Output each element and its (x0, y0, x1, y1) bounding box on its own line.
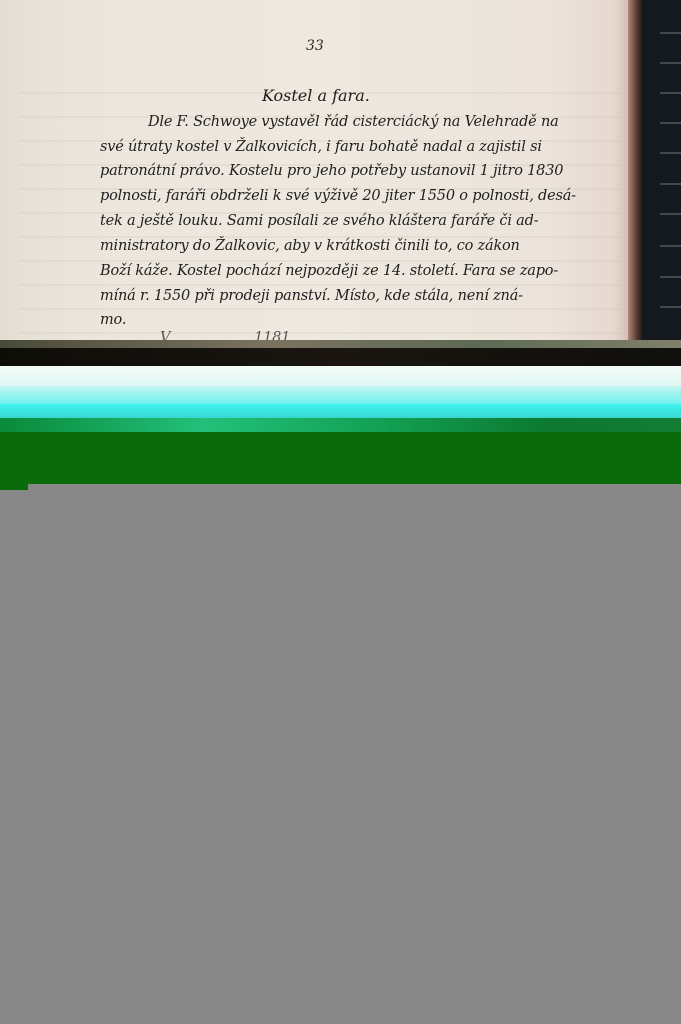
background-edge (642, 0, 681, 340)
book-binding (628, 0, 642, 345)
corruption-band (0, 366, 681, 386)
corruption-band (0, 432, 681, 484)
page-number: 33 (306, 38, 324, 54)
unloaded-image-area (0, 484, 681, 1024)
text-line: Dle F. Schwoye vystavěl řád cisterciácký… (148, 114, 559, 130)
text-line: své útraty kostel v Žalkovicích, i faru … (100, 139, 542, 155)
corruption-band (0, 348, 681, 366)
text-line: patronátní právo. Kostelu pro jeho potře… (100, 163, 563, 179)
text-line: ministratory do Žalkovic, aby v krátkost… (100, 238, 520, 254)
corruption-band (0, 404, 681, 418)
text-line: míná r. 1550 při prodeji panství. Místo,… (100, 288, 523, 304)
corruption-band (0, 484, 28, 490)
text-line: polnosti, faráři obdrželi k své výživě 2… (100, 188, 576, 204)
corruption-band (0, 340, 681, 348)
scanned-page: 33 Kostel a fara. Dle F. Schwoye vystavě… (0, 0, 640, 345)
section-heading: Kostel a fara. (262, 86, 370, 105)
text-line: mo. (100, 312, 126, 328)
corruption-band (0, 418, 681, 432)
text-line: Boží káže. Kostel pochází nejpozději ze … (100, 263, 558, 279)
corruption-band (0, 386, 681, 404)
text-line: tek a ještě louku. Sami posílali ze svéh… (100, 213, 538, 229)
